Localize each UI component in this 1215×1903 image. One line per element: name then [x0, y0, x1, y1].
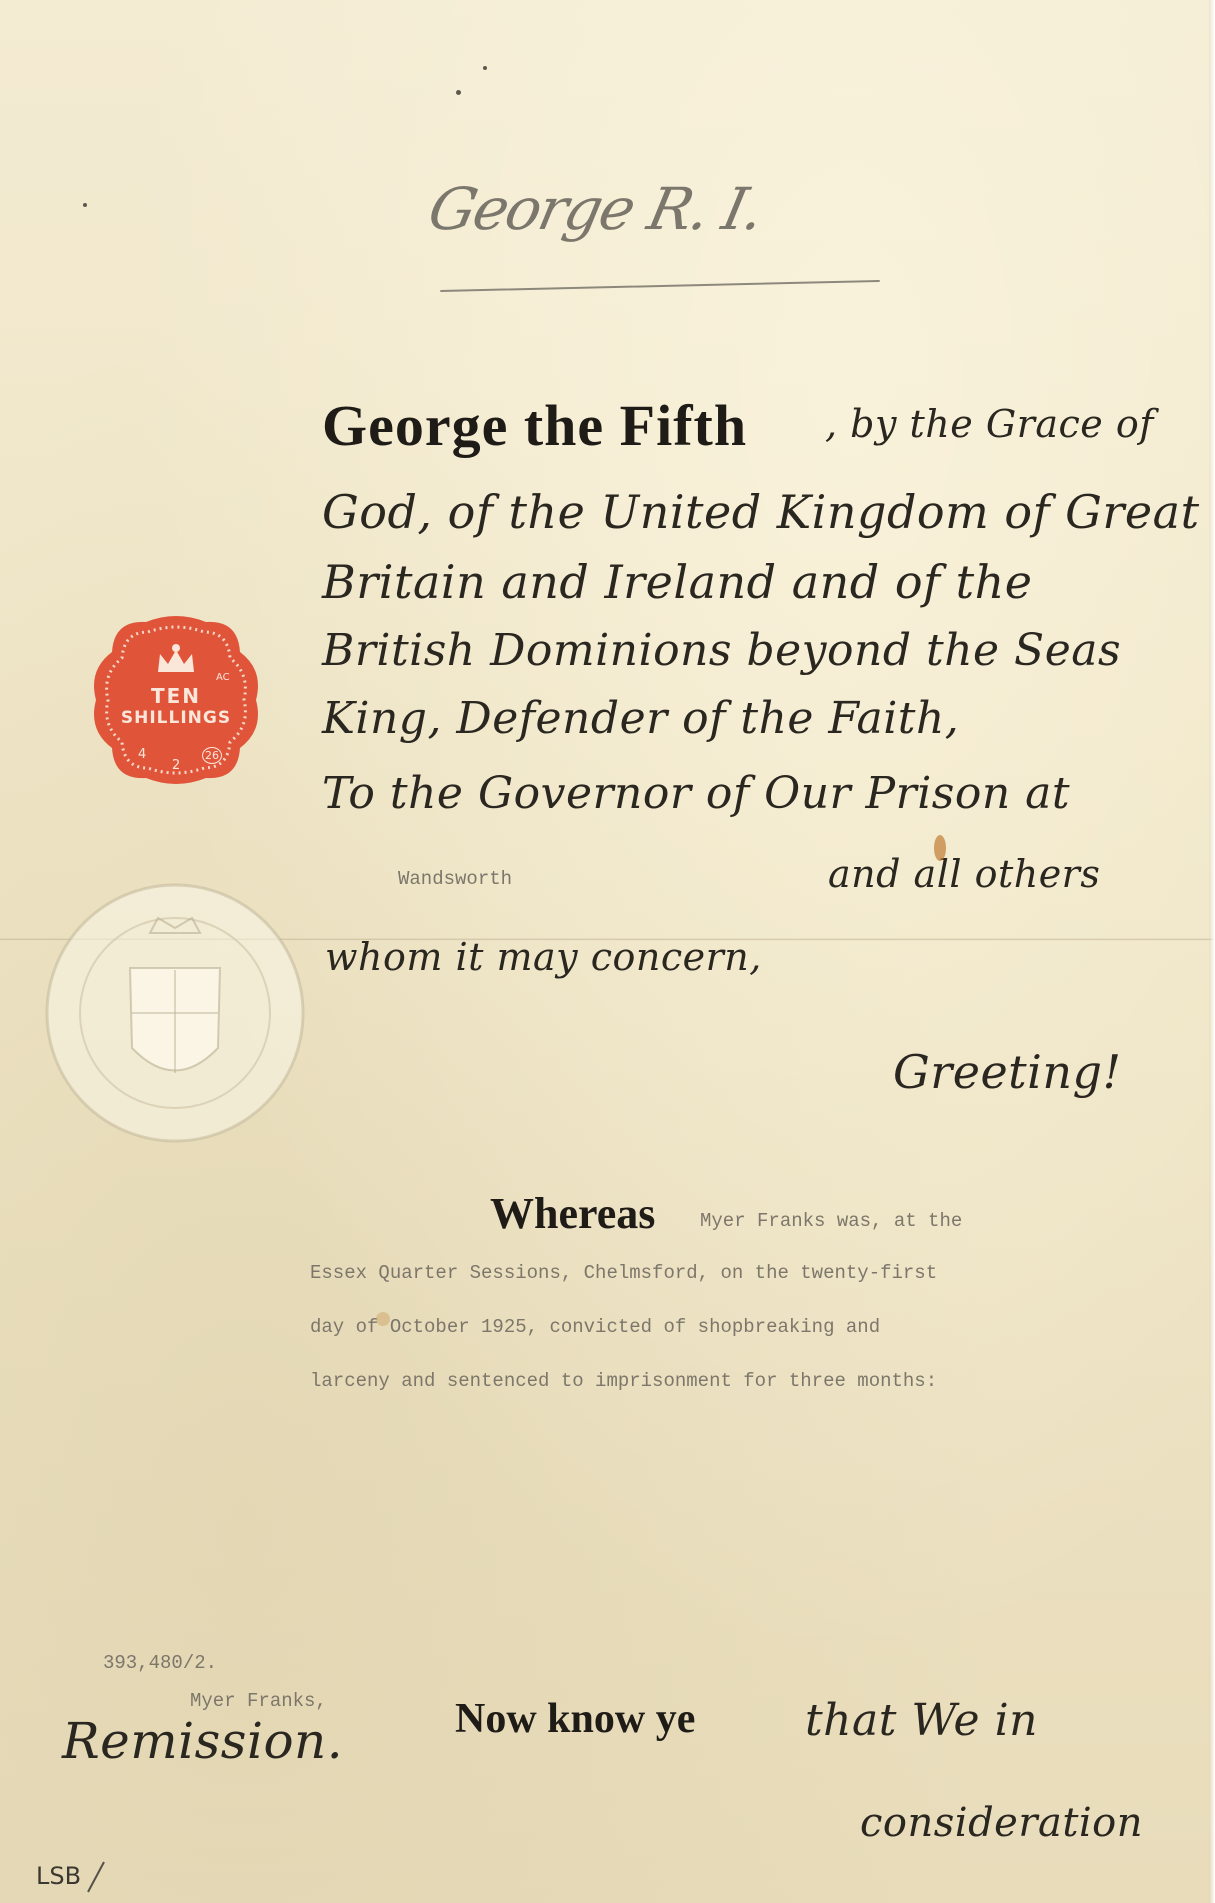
ink-speck	[83, 203, 87, 207]
stamp-corner-mark: AC	[216, 672, 230, 683]
whereas-typed-line: day of October 1925, convicted of shopbr…	[310, 1316, 880, 1338]
continuation-catchword: consideration	[860, 1800, 1143, 1846]
heading-script-tail: , by the Grace of	[825, 402, 1154, 446]
pencil-slash	[87, 1862, 105, 1893]
coat-of-arms-seal-icon	[40, 878, 310, 1148]
whereas-typed-line: larceny and sentenced to imprisonment fo…	[310, 1370, 937, 1392]
preamble-line: Britain and Ireland and of the	[322, 555, 1033, 609]
greeting: Greeting!	[893, 1045, 1121, 1099]
prison-name: Wandsworth	[398, 868, 512, 890]
ten-shillings-revenue-stamp: TEN SHILLINGS AC 4 2 26	[88, 612, 264, 788]
heading-gothic: George the Fifth	[322, 392, 747, 459]
docket-title: Remission.	[62, 1712, 343, 1770]
stamp-number: 4	[138, 747, 146, 762]
foxing-spot	[376, 1312, 390, 1326]
warrant-page: George R. I. George the Fifth , by the G…	[0, 0, 1215, 1903]
docket-name: Myer Franks,	[190, 1690, 327, 1712]
address-line: whom it may concern,	[325, 935, 762, 979]
now-know-ye-script: that We in	[805, 1695, 1038, 1746]
ink-speck	[456, 90, 461, 95]
pencil-initials: LSB	[36, 1862, 81, 1890]
embossed-royal-seal	[40, 878, 310, 1148]
prison-script-tail: and all others	[828, 852, 1100, 896]
stamp-text-shillings: SHILLINGS	[88, 708, 264, 728]
preamble-line: To the Governor of Our Prison at	[322, 768, 1070, 819]
ink-stain	[934, 835, 946, 861]
signature-flourish	[440, 280, 880, 292]
page-edge	[1209, 0, 1215, 1903]
whereas-typed-line: Essex Quarter Sessions, Chelmsford, on t…	[310, 1262, 937, 1284]
ink-speck	[483, 66, 487, 70]
now-know-ye-gothic: Now know ye	[455, 1695, 695, 1743]
docket-reference: 393,480/2.	[103, 1652, 217, 1674]
royal-signature: George R. I.	[423, 175, 769, 243]
stamp-number: 2	[172, 758, 180, 773]
preamble-line: British Dominions beyond the Seas	[322, 625, 1121, 676]
preamble-line: King, Defender of the Faith,	[322, 693, 959, 744]
preamble-line: God, of the United Kingdom of Great	[322, 485, 1200, 539]
stamp-number: 26	[202, 747, 222, 764]
whereas-gothic: Whereas	[490, 1188, 655, 1239]
stamp-text-ten: TEN	[88, 684, 264, 708]
whereas-typed-line: Myer Franks was, at the	[700, 1210, 962, 1232]
